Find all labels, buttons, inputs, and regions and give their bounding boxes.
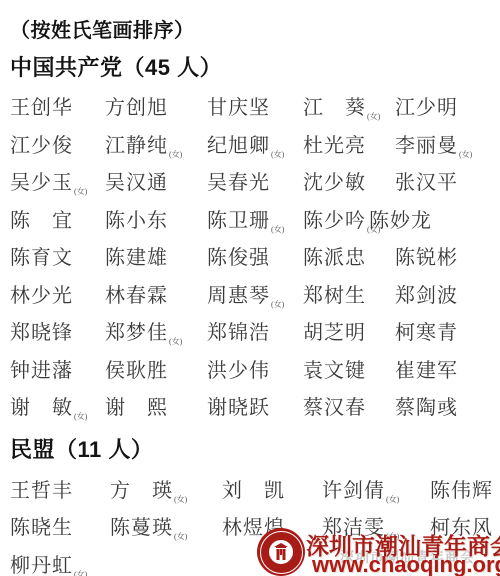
section-title: 中国共产党（45 人） — [10, 52, 500, 80]
person-name-text: 谢 熙 — [105, 397, 168, 419]
person-name-text: 江少明 — [395, 97, 458, 119]
female-marker: (女) — [174, 532, 187, 541]
person-name: 郑树生 — [303, 279, 395, 308]
person-name-text: 蔡陶彧 — [395, 397, 458, 419]
female-marker: (女) — [271, 300, 284, 309]
person-name-text: 沈少敏 — [303, 172, 366, 194]
person-name-text: 杜光亮 — [303, 135, 366, 157]
person-name: 谢 敏(女) — [10, 391, 105, 420]
person-name-text: 钟进藩 — [10, 360, 73, 382]
person-name: 沈少敏 — [303, 166, 395, 195]
person-name-text: 柳丹虹 — [10, 555, 73, 576]
female-marker: (女) — [367, 225, 380, 234]
person-name: 袁文键 — [303, 354, 395, 383]
person-name: 钟进藩 — [10, 354, 105, 383]
party-section: 中国共产党（45 人）王创华方创旭甘庆坚江 葵(女)江少明江少俊江静纯(女)纪旭… — [10, 52, 500, 425]
person-name: 陈晓生 — [10, 511, 110, 540]
person-name: 李丽曼(女) — [395, 129, 500, 158]
person-name: 刘 凯 — [222, 474, 322, 503]
person-name-text: 陈少吟 — [303, 210, 366, 232]
name-row: 陈晓生陈蔓瑛(女)林煜煌郑洁雯(女)柯东风 — [10, 507, 500, 545]
person-name-text: 郑洁雯 — [322, 517, 385, 539]
person-name: 陈建雄 — [105, 241, 207, 270]
person-name-text: 郑树生 — [303, 285, 366, 307]
party-section: 民盟（11 人）王哲丰方 瑛(女)刘 凯许剑倩(女)陈伟辉陈晓生陈蔓瑛(女)林煜… — [10, 435, 500, 576]
person-name: 郑梦佳(女) — [105, 316, 207, 345]
person-name-text: 陈育文 — [10, 247, 73, 269]
name-row: 林少光林春霖周惠琴(女)郑树生郑剑波 — [10, 275, 500, 313]
person-name-text: 甘庆坚 — [207, 97, 270, 119]
person-name-text: 谢 敏 — [10, 397, 73, 419]
person-name-text: 陈小东 — [105, 210, 168, 232]
person-name: 蔡汉春 — [303, 391, 395, 420]
female-marker: (女) — [459, 150, 472, 159]
person-name-text: 陈蔓瑛 — [110, 517, 173, 539]
person-name: 杜光亮 — [303, 129, 395, 158]
person-name: 洪少伟 — [207, 354, 303, 383]
name-row: 吴少玉(女)吴汉通吴春光沈少敏张汉平 — [10, 162, 500, 200]
person-name-text: 郑晓锋 — [10, 322, 73, 344]
person-name: 陈 宜 — [10, 204, 105, 233]
person-name-text: 江少俊 — [10, 135, 73, 157]
person-name: 许剑倩(女) — [322, 474, 430, 503]
female-marker: (女) — [271, 225, 284, 234]
document-body: （按姓氏笔画排序） 中国共产党（45 人）王创华方创旭甘庆坚江 葵(女)江少明江… — [0, 0, 500, 576]
name-rows: 王哲丰方 瑛(女)刘 凯许剑倩(女)陈伟辉陈晓生陈蔓瑛(女)林煜煌郑洁雯(女)柯… — [10, 470, 500, 576]
person-name-text: 侯耿胜 — [105, 360, 168, 382]
female-marker: (女) — [386, 495, 399, 504]
person-name-text: 崔建军 — [395, 360, 458, 382]
person-name-text: 王创华 — [10, 97, 73, 119]
person-name-text: 方 瑛 — [110, 480, 173, 502]
person-name: 陈伟辉 — [430, 474, 500, 503]
person-name: 张汉平 — [395, 166, 500, 195]
person-name-text: 吴春光 — [207, 172, 270, 194]
person-name: 陈妙龙 — [369, 204, 500, 233]
person-name-text: 柯东风 — [430, 517, 493, 539]
person-name: 江 葵(女) — [303, 91, 395, 120]
person-name: 胡芝明 — [303, 316, 395, 345]
name-row: 江少俊江静纯(女)纪旭卿(女)杜光亮李丽曼(女) — [10, 125, 500, 163]
name-row: 陈育文陈建雄陈俊强陈派忠陈锐彬 — [10, 237, 500, 275]
sections-container: 中国共产党（45 人）王创华方创旭甘庆坚江 葵(女)江少明江少俊江静纯(女)纪旭… — [10, 52, 500, 576]
person-name: 方创旭 — [105, 91, 207, 120]
person-name-text: 陈 宜 — [10, 210, 73, 232]
person-name-text: 陈晓生 — [10, 517, 73, 539]
person-name-text: 江 葵 — [303, 97, 366, 119]
name-row: 王创华方创旭甘庆坚江 葵(女)江少明 — [10, 87, 500, 125]
person-name-text: 王哲丰 — [10, 480, 73, 502]
person-name: 王哲丰 — [10, 474, 110, 503]
person-name: 江静纯(女) — [105, 129, 207, 158]
person-name-text: 陈建雄 — [105, 247, 168, 269]
person-name: 郑洁雯(女) — [322, 511, 430, 540]
person-name: 王创华 — [10, 91, 105, 120]
person-name: 陈蔓瑛(女) — [110, 511, 222, 540]
person-name-text: 方创旭 — [105, 97, 168, 119]
name-row: 郑晓锋郑梦佳(女)郑锦浩胡芝明柯寒青 — [10, 312, 500, 350]
female-marker: (女) — [74, 570, 87, 576]
person-name-text: 胡芝明 — [303, 322, 366, 344]
person-name: 江少俊 — [10, 129, 105, 158]
person-name-text: 陈派忠 — [303, 247, 366, 269]
person-name-text: 吴汉通 — [105, 172, 168, 194]
person-name: 林春霖 — [105, 279, 207, 308]
person-name-text: 周惠琴 — [207, 285, 270, 307]
person-name-text: 袁文键 — [303, 360, 366, 382]
person-name-text: 陈卫珊 — [207, 210, 270, 232]
name-row: 钟进藩侯耿胜洪少伟袁文键崔建军 — [10, 350, 500, 388]
person-name: 崔建军 — [395, 354, 500, 383]
female-marker: (女) — [74, 412, 87, 421]
name-rows: 王创华方创旭甘庆坚江 葵(女)江少明江少俊江静纯(女)纪旭卿(女)杜光亮李丽曼(… — [10, 87, 500, 425]
person-name: 甘庆坚 — [207, 91, 303, 120]
person-name: 谢 熙 — [105, 391, 207, 420]
person-name: 柳丹虹(女) — [10, 549, 110, 576]
person-name: 陈派忠 — [303, 241, 395, 270]
person-name: 柯寒青 — [395, 316, 500, 345]
name-row: 柳丹虹(女) — [10, 545, 500, 576]
person-name-text: 洪少伟 — [207, 360, 270, 382]
person-name: 郑锦浩 — [207, 316, 303, 345]
section-title: 民盟（11 人） — [10, 435, 500, 463]
name-row: 谢 敏(女)谢 熙谢晓跃蔡汉春蔡陶彧 — [10, 387, 500, 425]
female-marker: (女) — [174, 495, 187, 504]
sort-note: （按姓氏笔画排序） — [10, 12, 500, 44]
person-name: 陈锐彬 — [395, 241, 500, 270]
person-name-text: 纪旭卿 — [207, 135, 270, 157]
person-name-text: 谢晓跃 — [207, 397, 270, 419]
person-name: 纪旭卿(女) — [207, 129, 303, 158]
female-marker: (女) — [74, 187, 87, 196]
person-name: 林煜煌 — [222, 511, 322, 540]
person-name: 柯东风 — [430, 511, 500, 540]
person-name-text: 蔡汉春 — [303, 397, 366, 419]
person-name: 陈育文 — [10, 241, 105, 270]
person-name-text: 郑梦佳 — [105, 322, 168, 344]
person-name: 吴春光 — [207, 166, 303, 195]
person-name: 郑剑波 — [395, 279, 500, 308]
person-name-text: 刘 凯 — [222, 480, 285, 502]
person-name-text: 江静纯 — [105, 135, 168, 157]
person-name-text: 林少光 — [10, 285, 73, 307]
person-name-text: 陈锐彬 — [395, 247, 458, 269]
person-name: 林少光 — [10, 279, 105, 308]
female-marker: (女) — [367, 112, 380, 121]
person-name-text: 张汉平 — [395, 172, 458, 194]
person-name: 陈小东 — [105, 204, 207, 233]
person-name: 郑晓锋 — [10, 316, 105, 345]
person-name: 周惠琴(女) — [207, 279, 303, 308]
person-name-text: 陈伟辉 — [430, 480, 493, 502]
person-name: 陈卫珊(女) — [207, 204, 303, 233]
person-name: 侯耿胜 — [105, 354, 207, 383]
name-row: 陈 宜陈小东陈卫珊(女)陈少吟(女)陈妙龙 — [10, 200, 500, 238]
person-name-text: 郑锦浩 — [207, 322, 270, 344]
person-name: 蔡陶彧 — [395, 391, 500, 420]
person-name-text: 吴少玉 — [10, 172, 73, 194]
person-name-text: 许剑倩 — [322, 480, 385, 502]
person-name: 陈俊强 — [207, 241, 303, 270]
person-name-text: 李丽曼 — [395, 135, 458, 157]
person-name: 吴少玉(女) — [10, 166, 105, 195]
person-name-text: 柯寒青 — [395, 322, 458, 344]
person-name: 谢晓跃 — [207, 391, 303, 420]
person-name-text: 郑剑波 — [395, 285, 458, 307]
name-row: 王哲丰方 瑛(女)刘 凯许剑倩(女)陈伟辉 — [10, 470, 500, 508]
female-marker: (女) — [169, 150, 182, 159]
person-name-text: 林春霖 — [105, 285, 168, 307]
female-marker: (女) — [386, 532, 399, 541]
person-name-text: 陈俊强 — [207, 247, 270, 269]
female-marker: (女) — [271, 150, 284, 159]
female-marker: (女) — [169, 337, 182, 346]
person-name: 方 瑛(女) — [110, 474, 222, 503]
person-name: 吴汉通 — [105, 166, 207, 195]
person-name-text: 林煜煌 — [222, 517, 285, 539]
person-name: 江少明 — [395, 91, 500, 120]
